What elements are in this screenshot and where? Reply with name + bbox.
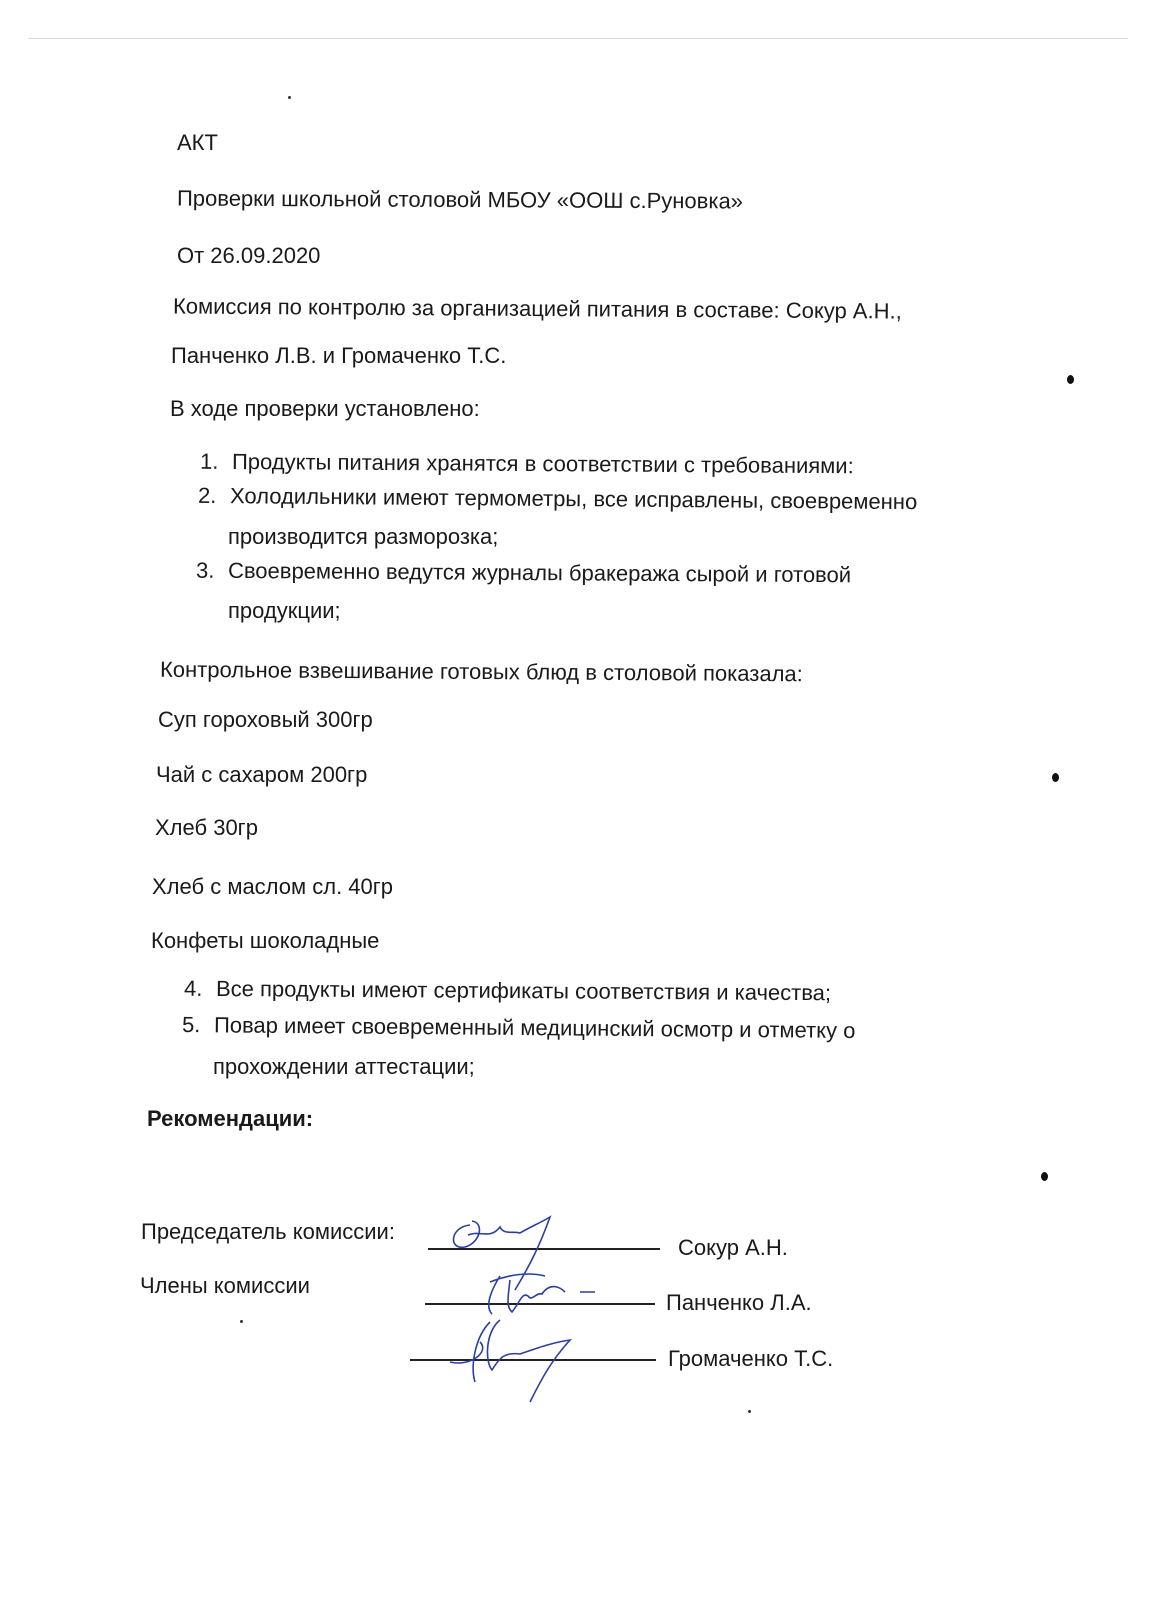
scan-speck (1067, 375, 1074, 384)
finding-text: Все продукты имеют сертификаты соответст… (216, 976, 831, 1005)
finding-text: Повар имеет своевременный медицинский ос… (214, 1012, 856, 1043)
scan-speck (288, 96, 291, 99)
finding-number: 5. (182, 1012, 214, 1038)
chair-label: Председатель комиссии: (141, 1219, 395, 1245)
weighing-item: Суп гороховый 300гр (158, 707, 373, 733)
doc-title: АКТ (177, 130, 218, 156)
doc-subtitle: Проверки школьной столовой МБОУ «ООШ с.Р… (177, 186, 743, 215)
commission-line-2: Панченко Л.В. и Громаченко Т.С. (171, 343, 506, 369)
doc-date: От 26.09.2020 (177, 243, 320, 269)
weighing-item: Конфеты шоколадные (151, 928, 379, 954)
finding-text: Своевременно ведутся журналы бракеража с… (228, 558, 851, 587)
finding-5-cont: прохождении аттестации; (213, 1054, 475, 1080)
finding-2: 2.Холодильники имеют термометры, все исп… (198, 483, 917, 515)
members-label: Члены комиссии (140, 1273, 310, 1299)
weighing-item: Чай с сахаром 200гр (156, 762, 367, 788)
finding-number: 4. (184, 976, 216, 1002)
chair-name: Сокур А.Н. (678, 1235, 788, 1261)
scan-speck (1041, 1172, 1048, 1181)
finding-text: Холодильники имеют термометры, все испра… (230, 483, 917, 514)
finding-number: 2. (198, 483, 230, 509)
finding-4: 4.Все продукты имеют сертификаты соответ… (184, 976, 831, 1007)
member1-name: Панченко Л.А. (666, 1290, 812, 1316)
commission-line-1: Комиссия по контролю за организацией пит… (173, 293, 902, 324)
recommendations-heading: Рекомендации: (147, 1106, 313, 1132)
weighing-item: Хлеб 30гр (155, 815, 258, 841)
finding-2-cont: производится разморозка; (228, 524, 498, 550)
weighing-intro: Контрольное взвешивание готовых блюд в с… (160, 657, 803, 687)
finding-3-cont: продукции; (228, 598, 341, 624)
scan-speck (1052, 773, 1059, 782)
weighing-item: Хлеб с маслом сл. 40гр (152, 874, 393, 900)
member2-name: Громаченко Т.С. (668, 1346, 833, 1372)
findings-intro: В ходе проверки установлено: (170, 396, 480, 422)
finding-number: 1. (200, 449, 232, 475)
member2-signature (430, 1312, 580, 1407)
finding-1: 1.Продукты питания хранятся в соответств… (200, 449, 854, 480)
finding-3: 3.Своевременно ведутся журналы бракеража… (196, 558, 851, 589)
finding-number: 3. (196, 558, 228, 584)
scan-speck (748, 1410, 751, 1413)
finding-text: Продукты питания хранятся в соответствии… (232, 449, 854, 478)
page-edge (28, 38, 1128, 39)
finding-5: 5.Повар имеет своевременный медицинский … (182, 1012, 856, 1044)
scan-speck (240, 1320, 243, 1323)
